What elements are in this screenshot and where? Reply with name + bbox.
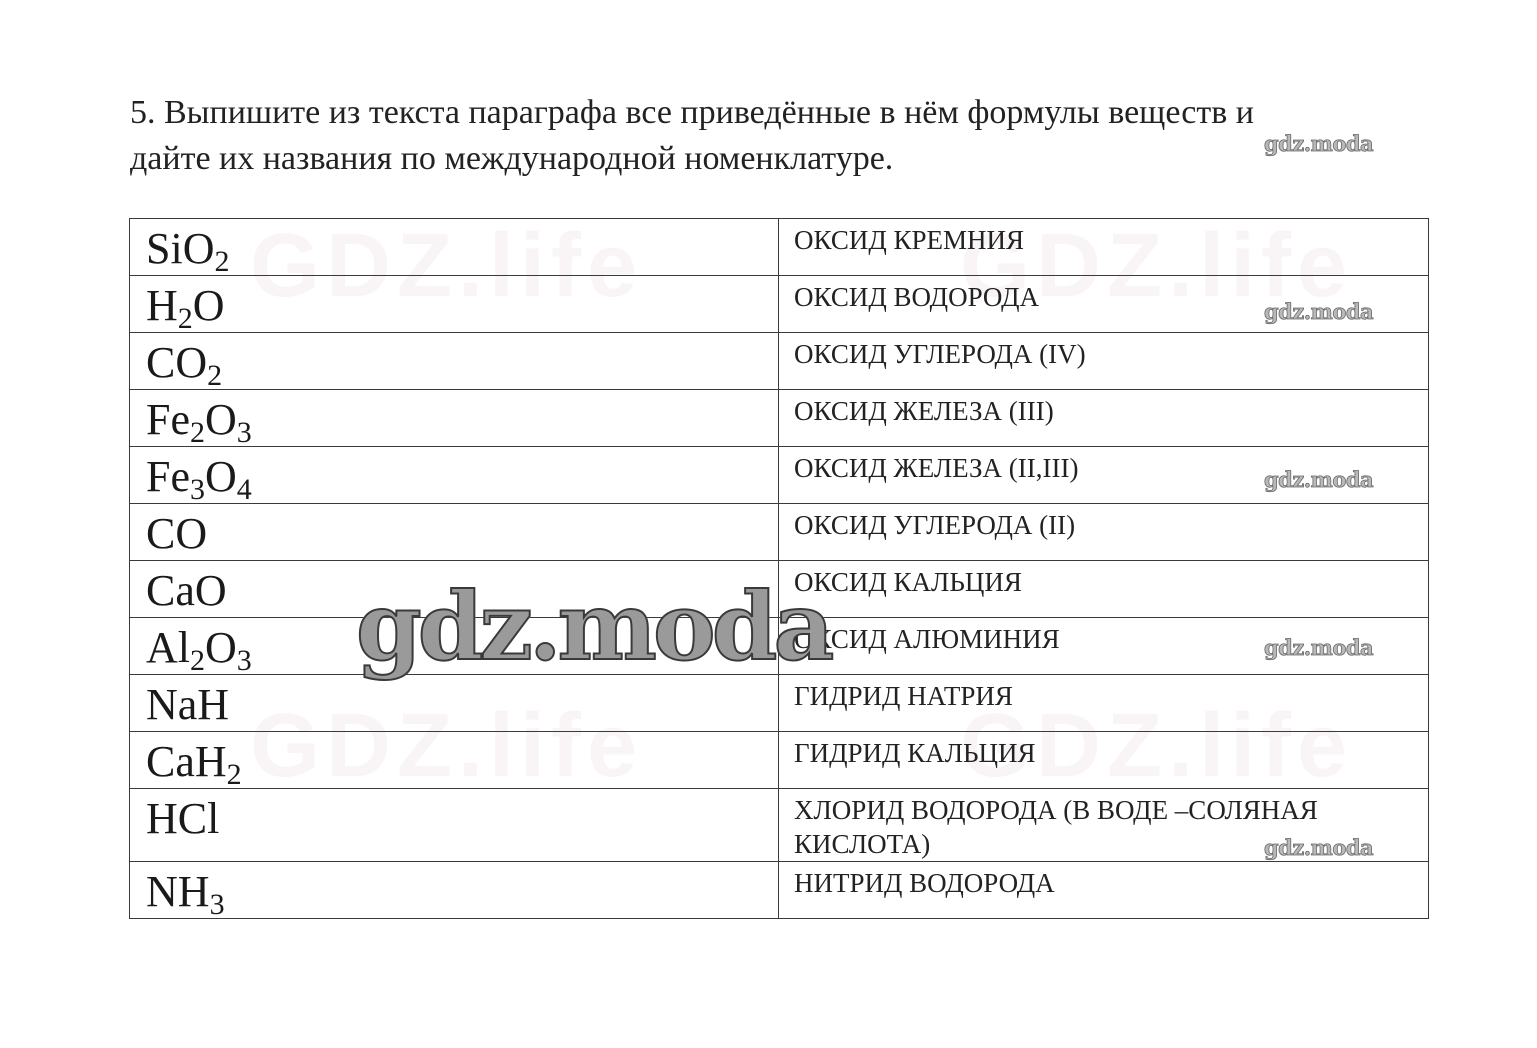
name-cell: ОКСИД ВОДОРОДА [779, 276, 1429, 333]
formula-symbol: CaO [146, 566, 227, 615]
table-row: CaOОКСИД КАЛЬЦИЯ [130, 561, 1429, 618]
formula-symbol: Si [146, 224, 183, 273]
table-row: NH3НИТРИД ВОДОРОДА [130, 862, 1429, 919]
formula-subscript: 4 [237, 473, 252, 506]
formula-subscript: 3 [237, 416, 252, 449]
formula-cell: NH3 [130, 862, 779, 919]
name-cell: ОКСИД АЛЮМИНИЯ [779, 618, 1429, 675]
formula-symbol: O [205, 452, 237, 501]
formula-subscript: 3 [237, 644, 252, 677]
name-cell: ХЛОРИД ВОДОРОДА (В ВОДЕ –СОЛЯНАЯ КИСЛОТА… [779, 789, 1429, 862]
table-row: CaH2ГИДРИД КАЛЬЦИЯ [130, 732, 1429, 789]
name-cell: НИТРИД ВОДОРОДА [779, 862, 1429, 919]
table-row: NaHГИДРИД НАТРИЯ [130, 675, 1429, 732]
formula-symbol: Fe [146, 452, 190, 501]
formula-cell: CO2 [130, 333, 779, 390]
formula-symbol: NaH [146, 680, 229, 729]
formula-symbol: CO [146, 509, 207, 558]
formula-subscript: 2 [214, 245, 229, 278]
table-row: HClХЛОРИД ВОДОРОДА (В ВОДЕ –СОЛЯНАЯ КИСЛ… [130, 789, 1429, 862]
formula-symbol: NH [146, 867, 210, 916]
task-line-1: 5. Выпишите из текста параграфа все прив… [130, 90, 1440, 136]
table-row: COОКСИД УГЛЕРОДА (II) [130, 504, 1429, 561]
formula-subscript: 2 [227, 758, 242, 791]
name-cell: ОКСИД КРЕМНИЯ [779, 219, 1429, 276]
formula-cell: NaH [130, 675, 779, 732]
formula-cell: Al2O3 [130, 618, 779, 675]
formula-symbol: O [205, 395, 237, 444]
task-statement: 5. Выпишите из текста параграфа все прив… [130, 90, 1440, 182]
name-cell: ОКСИД УГЛЕРОДА (IV) [779, 333, 1429, 390]
name-cell: ОКСИД УГЛЕРОДА (II) [779, 504, 1429, 561]
task-line-2: дайте их названия по международной номен… [130, 136, 1440, 182]
formula-subscript: 2 [178, 302, 193, 335]
formula-subscript: 2 [190, 644, 205, 677]
formula-cell: SiO2 [130, 219, 779, 276]
formula-symbol: H [146, 281, 178, 330]
table-row: H2OОКСИД ВОДОРОДА [130, 276, 1429, 333]
formula-symbol: Fe [146, 395, 190, 444]
formula-symbol: CO [146, 338, 207, 387]
formula-symbol: CaH [146, 737, 227, 786]
name-cell: ОКСИД ЖЕЛЕЗА (II,III) [779, 447, 1429, 504]
formula-symbol: Al [146, 623, 190, 672]
formula-symbol: O [193, 281, 225, 330]
formula-cell: CO [130, 504, 779, 561]
formula-cell: Fe2O3 [130, 390, 779, 447]
name-cell: ОКСИД ЖЕЛЕЗА (III) [779, 390, 1429, 447]
name-cell: ГИДРИД НАТРИЯ [779, 675, 1429, 732]
table-row: Al2O3ОКСИД АЛЮМИНИЯ [130, 618, 1429, 675]
formula-symbol: O [183, 224, 215, 273]
table-row: SiO2ОКСИД КРЕМНИЯ [130, 219, 1429, 276]
formula-symbol: O [205, 623, 237, 672]
table-row: CO2ОКСИД УГЛЕРОДА (IV) [130, 333, 1429, 390]
formula-cell: HCl [130, 789, 779, 862]
table-row: Fe2O3ОКСИД ЖЕЛЕЗА (III) [130, 390, 1429, 447]
name-cell: ОКСИД КАЛЬЦИЯ [779, 561, 1429, 618]
formula-subscript: 3 [190, 473, 205, 506]
formula-subscript: 3 [210, 888, 225, 921]
name-cell: ГИДРИД КАЛЬЦИЯ [779, 732, 1429, 789]
table-row: Fe3O4ОКСИД ЖЕЛЕЗА (II,III) [130, 447, 1429, 504]
formula-cell: H2O [130, 276, 779, 333]
formula-cell: CaH2 [130, 732, 779, 789]
formula-symbol: HCl [146, 794, 219, 843]
formula-subscript: 2 [207, 359, 222, 392]
answers-table: SiO2ОКСИД КРЕМНИЯH2OОКСИД ВОДОРОДАCO2ОКС… [129, 218, 1429, 919]
formula-subscript: 2 [190, 416, 205, 449]
formula-cell: Fe3O4 [130, 447, 779, 504]
formula-cell: CaO [130, 561, 779, 618]
